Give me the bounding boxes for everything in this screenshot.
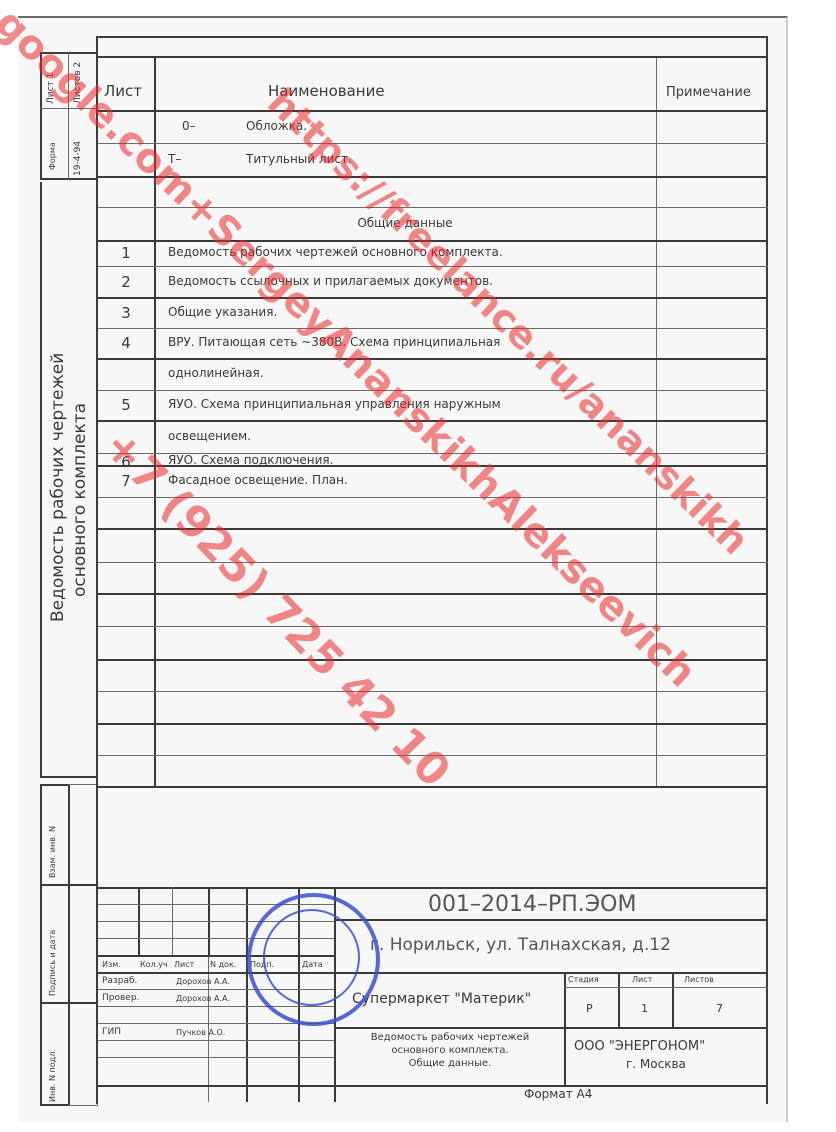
sheets-value: 7	[716, 1002, 723, 1015]
company-name: ООО "ЭНЕРГОНОМ"	[574, 1039, 705, 1054]
sheet-title-line2: основного комплекта.	[338, 1045, 562, 1056]
form-code: 19-4-94	[73, 141, 83, 176]
side-panel: Лист 1 Листов 2 Форма 19-4-94 Ведомость …	[40, 52, 98, 1106]
name-developer: Дорохов А.А.	[176, 977, 230, 986]
row-name: освещением.	[168, 429, 251, 443]
name-checker: Дорохов А.А.	[176, 994, 230, 1003]
sheet-title-line1: Ведомость рабочих чертежей	[338, 1032, 562, 1043]
title-block: Изм. Кол.уч Лист N док. Подп. Дата Разра…	[98, 887, 768, 1102]
vertical-title-line1: Ведомость рабочих чертежей	[48, 353, 68, 622]
table-row: 3Общие указания.	[98, 297, 768, 328]
sheet-value: 1	[641, 1002, 648, 1015]
col-ndoc: N док.	[210, 960, 236, 969]
row-name: ЯУО. Схема принципиальная управления нар…	[168, 397, 501, 411]
name-gip: Пучков А.О.	[176, 1028, 225, 1037]
header-note: Примечание	[666, 85, 751, 100]
table-row	[98, 691, 768, 723]
role-gip: ГИП	[102, 1027, 121, 1037]
vertical-title-line2: основного комплекта	[70, 403, 90, 597]
stage-value: Р	[586, 1002, 593, 1015]
row-sheet-number: 1	[98, 244, 154, 262]
row-code: 0–	[182, 119, 196, 133]
signature-date-label: Подпись и дата	[48, 930, 57, 996]
role-developer: Разраб.	[102, 976, 137, 986]
row-sheet-number: 3	[98, 304, 154, 322]
col-list: Лист	[174, 960, 194, 969]
format-label: Формат А4	[524, 1087, 592, 1101]
form-label: Форма	[48, 142, 57, 170]
address: г. Норильск, ул. Талнахская, д.12	[370, 935, 671, 955]
row-sheet-number: 4	[98, 334, 154, 352]
table-row: однолинейная.	[98, 358, 768, 390]
table-row: Т–Титульный лист.	[98, 143, 768, 176]
table-row	[98, 593, 768, 626]
company-seal	[247, 893, 380, 1026]
row-sheet-number: 5	[98, 396, 154, 414]
stage-label: Стадия	[568, 975, 599, 984]
doc-code: 001–2014–РП.ЭОМ	[428, 892, 636, 917]
sheet-title-line3: Общие данные.	[338, 1058, 562, 1069]
sheet-label: Лист	[632, 975, 652, 984]
replacement-inv-label: Взам. инв. N	[48, 826, 57, 878]
col-kol: Кол.уч	[140, 960, 168, 969]
row-sheet-number: 2	[98, 273, 154, 291]
table-row	[98, 562, 768, 593]
row-name: Фасадное освещение. План.	[168, 473, 348, 487]
row-name: однолинейная.	[168, 366, 264, 380]
col-izm: Изм.	[102, 960, 121, 969]
original-inv-label: Инв. N подл.	[48, 1049, 57, 1102]
table-row: 4ВРУ. Питающая сеть ~380В. Схема принцип…	[98, 328, 768, 358]
role-checker: Провер.	[102, 993, 139, 1003]
row-name: Общие указания.	[168, 305, 277, 319]
table-row: 0–Обложка.	[98, 110, 768, 143]
sheets-label: Листов	[684, 975, 714, 984]
company-city: г. Москва	[626, 1057, 686, 1071]
object-name: Супермаркет "Материк"	[352, 991, 531, 1007]
